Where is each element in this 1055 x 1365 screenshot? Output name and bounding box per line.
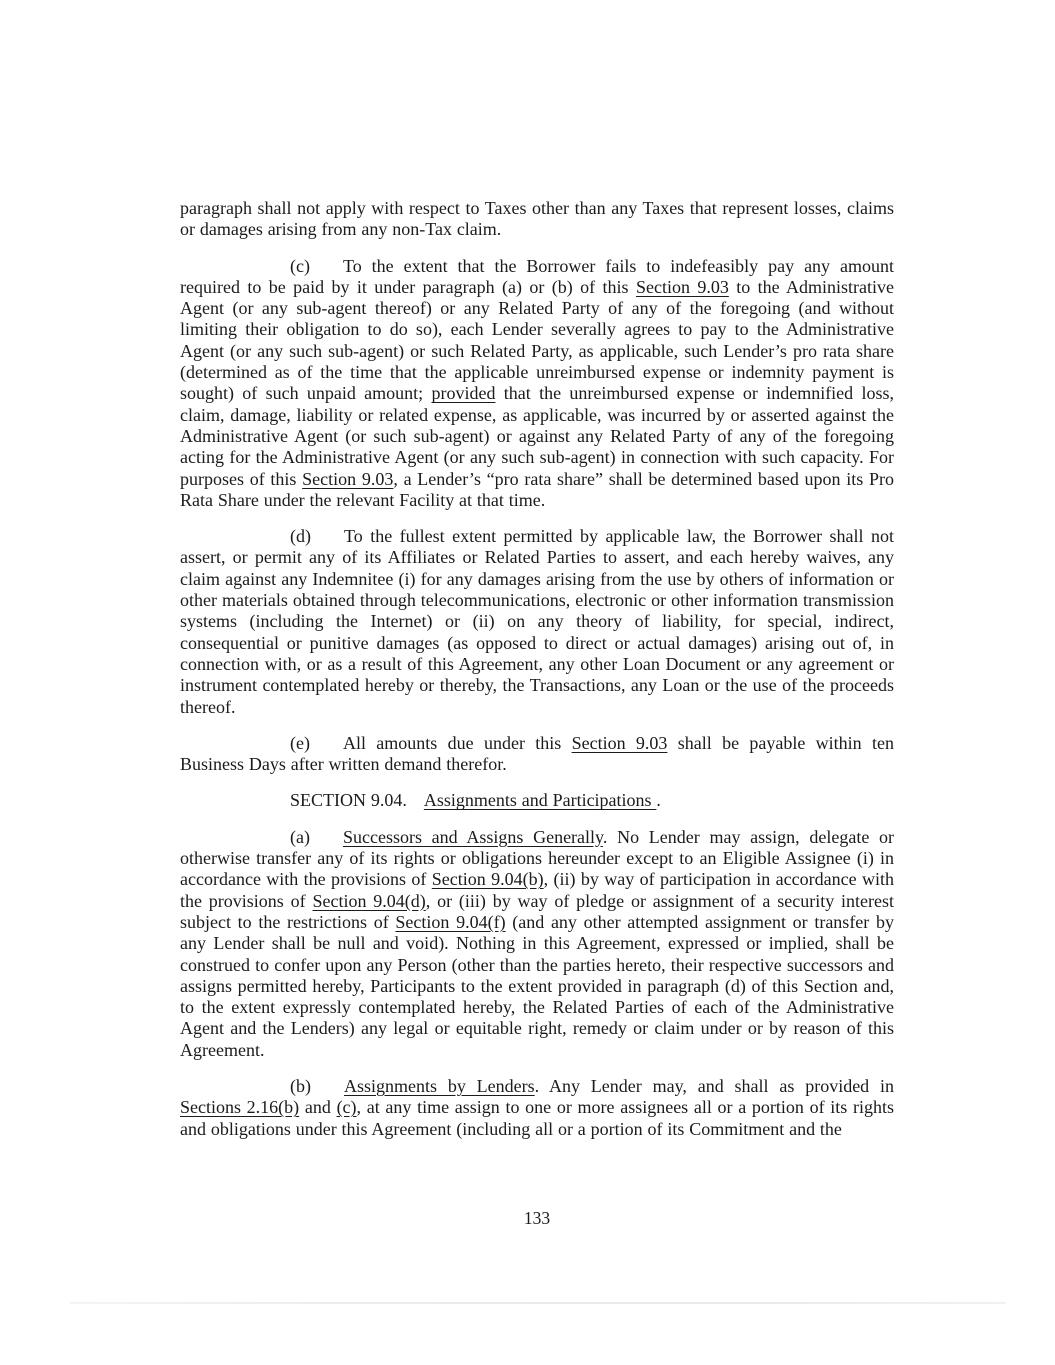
paragraph-label: (b) xyxy=(290,1076,311,1096)
footer-divider xyxy=(70,1302,1006,1304)
section-heading-9-04: SECTION 9.04.Assignments and Participati… xyxy=(180,790,894,811)
paragraph-taxes-continuation: paragraph shall not apply with respect t… xyxy=(180,198,894,241)
paragraph-b-assignments-by-lenders: (b)Assignments by Lenders. Any Lender ma… xyxy=(180,1076,894,1140)
paragraph-a-successors-and-assigns: (a)Successors and Assigns Generally. No … xyxy=(180,827,894,1061)
text-run: . Any Lender may, and shall as provided … xyxy=(535,1076,894,1096)
text-run: . xyxy=(656,790,661,810)
paragraph-c-lender-payments: (c)To the extent that the Borrower fails… xyxy=(180,256,894,512)
text-run: To the fullest extent permitted by appli… xyxy=(180,526,894,716)
paragraph-label: (a) xyxy=(290,827,310,847)
underlined-reference: Successors and Assigns Generally xyxy=(343,827,603,847)
document-page: paragraph shall not apply with respect t… xyxy=(0,0,1055,1365)
underlined-reference: Section 9.03 xyxy=(636,277,729,297)
document-content: paragraph shall not apply with respect t… xyxy=(180,198,894,1140)
paragraph-e-amounts-due: (e)All amounts due under this Section 9.… xyxy=(180,733,894,776)
paragraph-label: SECTION 9.04. xyxy=(290,790,407,810)
paragraph-d-waiver-of-damages: (d)To the fullest extent permitted by ap… xyxy=(180,526,894,718)
text-run: (and any other attempted assignment or t… xyxy=(180,912,894,1060)
underlined-reference: Section 9.04(d) xyxy=(312,891,425,911)
page-number: 133 xyxy=(180,1208,894,1229)
underlined-reference: Section 9.03 xyxy=(572,733,668,753)
underlined-reference: provided xyxy=(431,383,495,403)
paragraph-label: (c) xyxy=(290,256,310,276)
underlined-reference: Section 9.04(f) xyxy=(395,912,505,932)
text-run: and xyxy=(299,1097,336,1117)
paragraph-label: (e) xyxy=(290,733,310,753)
text-run: All amounts due under this xyxy=(343,733,572,753)
underlined-reference: Assignments and Participations xyxy=(424,790,657,810)
underlined-reference: Assignments by Lenders xyxy=(344,1076,535,1096)
underlined-reference: (c) xyxy=(337,1097,357,1117)
underlined-reference: Section 9.03 xyxy=(302,469,393,489)
paragraph-label: (d) xyxy=(290,526,311,546)
text-run: paragraph shall not apply with respect t… xyxy=(180,198,894,239)
underlined-reference: Sections 2.16(b) xyxy=(180,1097,299,1117)
underlined-reference: Section 9.04(b) xyxy=(432,869,544,889)
